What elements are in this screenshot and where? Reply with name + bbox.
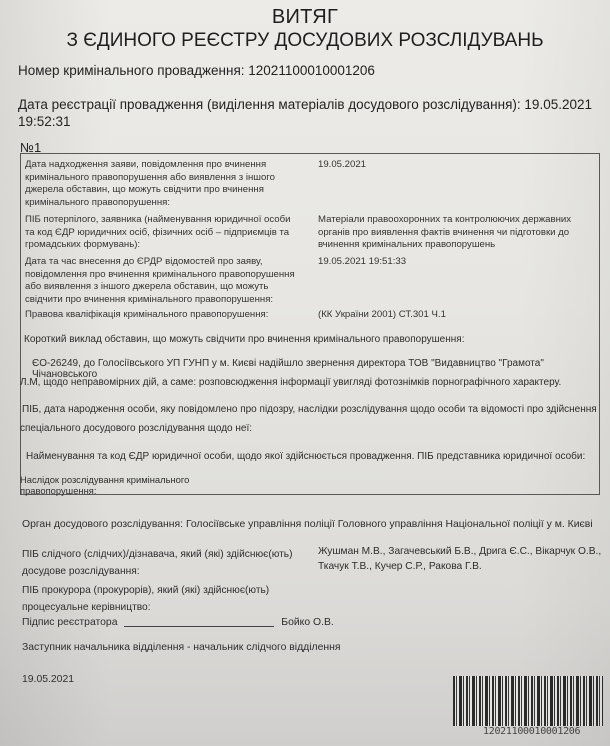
case-number-line: Номер кримінального провадження: 1202110… (18, 63, 375, 78)
document-page: ВИТЯГ З ЄДИНОГО РЕЄСТРУ ДОСУДОВИХ РОЗСЛІ… (0, 0, 610, 746)
agency-value: Голосіївське управління поліції Головног… (186, 519, 593, 530)
position-title: Заступник начальника відділення - началь… (22, 642, 341, 653)
registration-time: 19:52:31 (18, 114, 71, 129)
investigators-value: Жушман М.В., Загачевський Б.В., Дрига Є.… (318, 544, 606, 574)
investigators-label: ПІБ слідчого (слідчих)/дізнавача, який (… (22, 546, 314, 580)
signature-line: Підпис реєстратора Бойко О.В. (22, 617, 334, 628)
registration-line: Дата реєстрації провадження (виділення м… (18, 96, 598, 130)
case-number: 12021100010001206 (248, 63, 375, 78)
summary-line-2: Л.М, щодо неправомірних дій, а саме: роз… (20, 377, 561, 388)
signature-blank (124, 626, 274, 627)
agency-label: Орган досудового розслідування: (22, 519, 183, 530)
signature-name: Бойко О.В. (281, 617, 334, 628)
summary-label: Короткий виклад обставин, що можуть свід… (24, 334, 464, 345)
agency-line: Орган досудового розслідування: Голосіїв… (22, 519, 593, 530)
case-number-label: Номер кримінального провадження: (18, 63, 245, 78)
registration-label: Дата реєстрації провадження (виділення м… (18, 97, 521, 112)
record-label-applicant: ПІБ потерпілого, заявника (найменування … (25, 214, 300, 252)
result-label-line-2: правопорушення: (20, 485, 96, 496)
record-value-receipt-date: 19.05.2021 (318, 159, 598, 172)
record-value-applicant: Матеріали правоохоронних та контролюючих… (318, 214, 598, 252)
record-label-receipt-date: Дата надходження заяви, повідомлення про… (25, 159, 300, 209)
record-label-entry-datetime: Дата та час внесення до ЄРДР відомостей … (25, 256, 300, 306)
record-label-qualification: Правова кваліфікація кримінального право… (25, 309, 300, 322)
registration-date: 19.05.2021 (524, 97, 592, 112)
suspect-label-line-2: спеціального досудового розслідування що… (20, 423, 252, 434)
suspect-label-line-1: ПІБ, дата народження особи, яку повідомл… (22, 404, 597, 415)
barcode-number: 12021100010001206 (483, 726, 580, 737)
record-value-entry-datetime: 19.05.2021 19:51:33 (318, 256, 598, 269)
record-value-qualification: (КК України 2001) СТ.301 Ч.1 (318, 309, 598, 322)
result-label-line-1: Наслідок розслідування кримінального (20, 474, 189, 485)
prosecutor-label: ПІБ прокурора (прокурорів), який (які) з… (22, 582, 314, 616)
document-title: ВИТЯГ (0, 6, 610, 29)
barcode (453, 676, 603, 726)
signature-label: Підпис реєстратора (22, 617, 117, 628)
footer-date: 19.05.2021 (22, 674, 74, 685)
legal-entity-label: Найменування та код ЄДР юридичної особи,… (26, 451, 585, 462)
document-subtitle: З ЄДИНОГО РЕЄСТРУ ДОСУДОВИХ РОЗСЛІДУВАНЬ (0, 30, 610, 52)
